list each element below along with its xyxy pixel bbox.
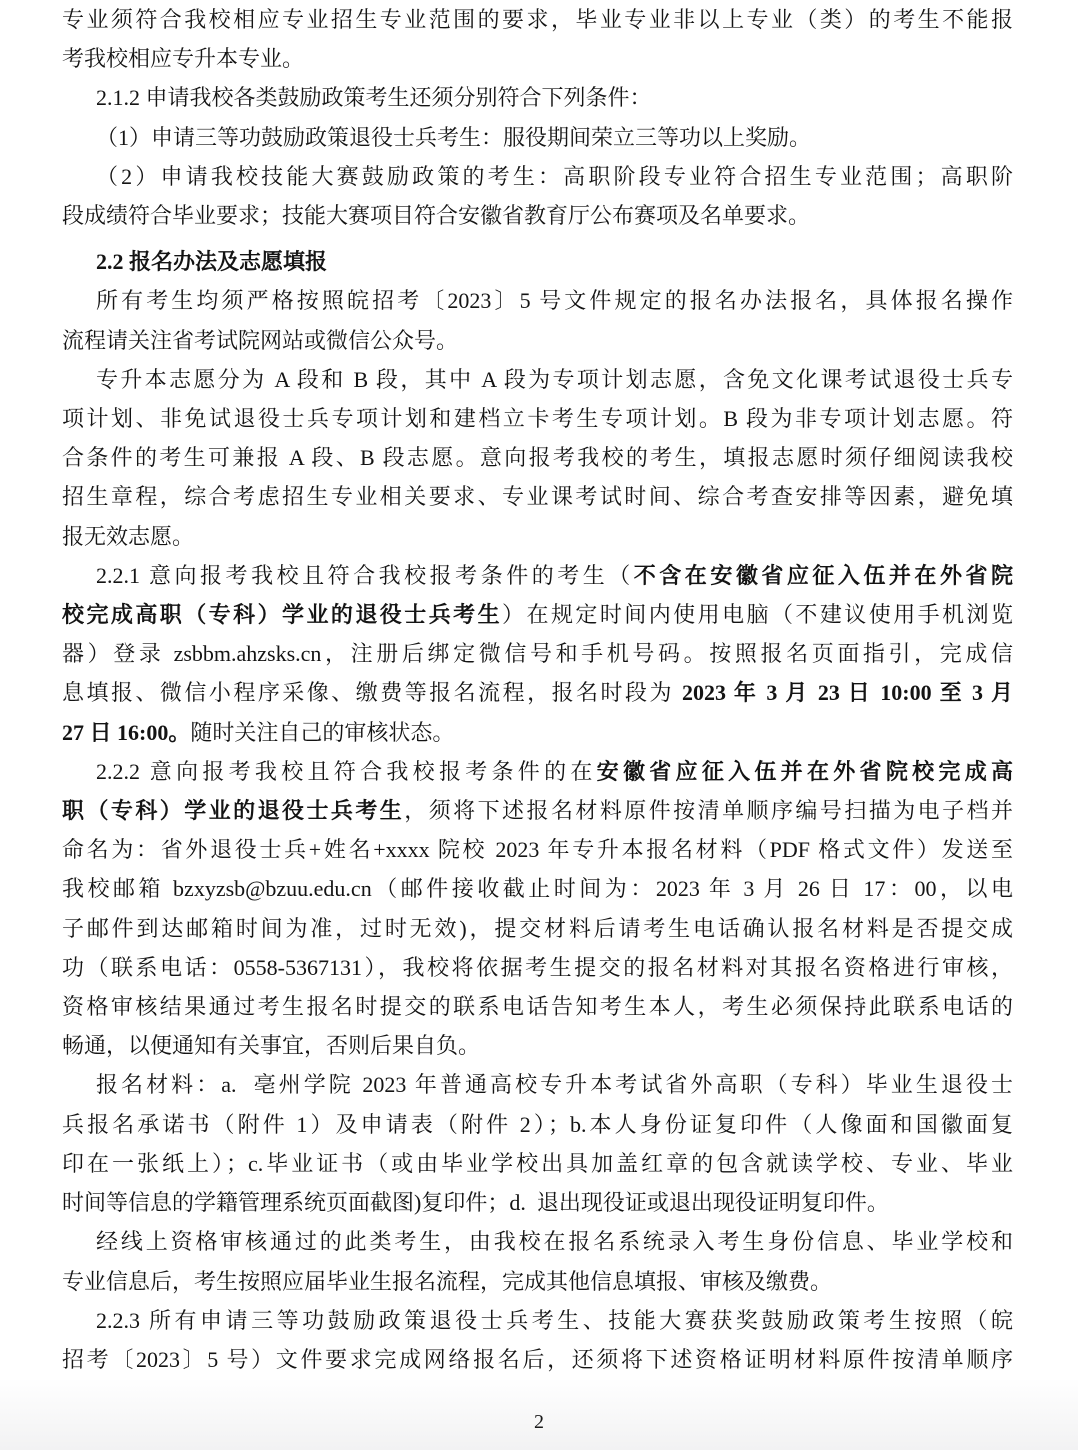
text-line: （1）申请三等功鼓励政策退役士兵考生：服役期间荣立三等功以上奖励。 xyxy=(62,118,1013,157)
text-line: 畅通，以便通知有关事宜，否则后果自负。 xyxy=(62,1026,1013,1065)
text-run: 命名为：省外退役士兵+姓名+xxxx 院校 2023 年专升本报名材料（PDF … xyxy=(62,837,1013,862)
text-line: 时间等信息的学籍管理系统页面截图)复印件；d. 退出现役证或退出现役证明复印件。 xyxy=(62,1183,1013,1222)
text-line: 考我校相应专升本专业。 xyxy=(62,39,1013,78)
text-run: 段成绩符合毕业要求；技能大赛项目符合安徽省教育厅公布赛项及名单要求。 xyxy=(62,203,810,228)
text-run: 兵报名承诺书（附件 1）及申请表（附件 2）；b.本人身份证复印件（人像面和国徽… xyxy=(62,1112,1013,1137)
section-heading: 2.2 报名办法及志愿填报 xyxy=(62,242,1013,281)
text-run: 专升本志愿分为 A 段和 B 段，其中 A 段为专项计划志愿，含免文化课考试退役… xyxy=(96,367,1013,392)
document-body: 专业须符合我校相应专业招生专业范围的要求，毕业专业非以上专业（类）的考生不能报考… xyxy=(62,0,1013,1379)
text-line: 2.1.2 申请我校各类鼓励政策考生还须分别符合下列条件： xyxy=(62,78,1013,117)
text-line: 命名为：省外退役士兵+姓名+xxxx 院校 2023 年专升本报名材料（PDF … xyxy=(62,830,1013,869)
text-run: 项计划、非免试退役士兵专项计划和建档立卡考生专项计划。B 段为非专项计划志愿。符 xyxy=(62,406,1013,431)
text-line: 2.2.1 意向报考我校且符合我校报考条件的考生（不含在安徽省应征入伍并在外省院 xyxy=(62,556,1013,595)
text-run: （2）申请我校技能大赛鼓励政策的考生：高职阶段专业符合招生专业范围；高职阶 xyxy=(96,164,1013,189)
document-page: 专业须符合我校相应专业招生专业范围的要求，毕业专业非以上专业（类）的考生不能报考… xyxy=(0,0,1078,1450)
bold-text-run: 2.2 报名办法及志愿填报 xyxy=(96,249,327,274)
bold-text-run: 校完成高职（专科）学业的退役士兵考生 xyxy=(62,602,502,627)
text-line: 项计划、非免试退役士兵专项计划和建档立卡考生专项计划。B 段为非专项计划志愿。符 xyxy=(62,399,1013,438)
text-run: 报无效志愿。 xyxy=(62,524,194,549)
text-run: 我校邮箱 bzxyzsb@bzuu.edu.cn（邮件接收截止时间为：2023 … xyxy=(62,876,1013,901)
bold-text-run: 职（专科）学业的退役士兵考生 xyxy=(62,798,404,823)
text-line: 校完成高职（专科）学业的退役士兵考生）在规定时间内使用电脑（不建议使用手机浏览 xyxy=(62,595,1013,634)
text-run: 招考〔2023〕5 号）文件要求完成网络报名后，还须将下述资格证明材料原件按清单… xyxy=(62,1347,1013,1372)
text-run: 流程请关注省考试院网站或微信公众号。 xyxy=(62,328,458,353)
text-run: 器）登录 zsbbm.ahzsks.cn，注册后绑定微信号和手机号码。按照报名页… xyxy=(62,641,1013,666)
text-run: ）在规定时间内使用电脑（不建议使用手机浏览 xyxy=(502,602,1013,627)
text-run: 报名材料：a. 亳州学院 2023 年普通高校专升本考试省外高职（专科）毕业生退… xyxy=(96,1072,1013,1097)
text-line: 报名材料：a. 亳州学院 2023 年普通高校专升本考试省外高职（专科）毕业生退… xyxy=(62,1065,1013,1104)
text-line: 27 日 16:00。随时关注自己的审核状态。 xyxy=(62,713,1013,752)
text-line: 专升本志愿分为 A 段和 B 段，其中 A 段为专项计划志愿，含免文化课考试退役… xyxy=(62,360,1013,399)
bold-text-run: 27 日 16:00。 xyxy=(62,720,190,745)
text-line: 报无效志愿。 xyxy=(62,517,1013,556)
text-run: 畅通，以便通知有关事宜，否则后果自负。 xyxy=(62,1033,480,1058)
text-run: 2.2.3 所有申请三等功鼓励政策退役士兵考生、技能大赛获奖鼓励政策考生按照（皖 xyxy=(96,1308,1013,1333)
text-line: 专业信息后，考生按照应届毕业生报名流程，完成其他信息填报、审核及缴费。 xyxy=(62,1262,1013,1301)
text-line: 流程请关注省考试院网站或微信公众号。 xyxy=(62,321,1013,360)
text-run: 息填报、微信小程序采像、缴费等报名流程，报名时段为 xyxy=(62,680,682,705)
text-line: 2.2.2 意向报考我校且符合我校报考条件的在安徽省应征入伍并在外省院校完成高 xyxy=(62,752,1013,791)
text-run: 2.2.2 意向报考我校且符合我校报考条件的在 xyxy=(96,759,597,784)
text-run: 2.2.1 意向报考我校且符合我校报考条件的考生（ xyxy=(96,563,634,588)
bold-text-run: 安徽省应征入伍并在外省院校完成高 xyxy=(597,759,1013,784)
text-run: 所有考生均须严格按照皖招考〔2023〕5 号文件规定的报名办法报名，具体报名操作 xyxy=(96,288,1013,313)
page-footer: 2 xyxy=(0,1410,1078,1434)
text-run: 专业信息后，考生按照应届毕业生报名流程，完成其他信息填报、审核及缴费。 xyxy=(62,1269,832,1294)
text-run: 子邮件到达邮箱时间为准，过时无效)，提交材料后请考生电话确认报名材料是否提交成 xyxy=(62,916,1013,941)
text-line: 合条件的考生可兼报 A 段、B 段志愿。意向报考我校的考生，填报志愿时须仔细阅读… xyxy=(62,438,1013,477)
text-run: 随时关注自己的审核状态。 xyxy=(190,720,454,745)
bold-text-run: 2023 年 3 月 23 日 10:00 至 3 月 xyxy=(682,680,1013,705)
text-line: 兵报名承诺书（附件 1）及申请表（附件 2）；b.本人身份证复印件（人像面和国徽… xyxy=(62,1105,1013,1144)
text-line: 职（专科）学业的退役士兵考生，须将下述报名材料原件按清单顺序编号扫描为电子档并 xyxy=(62,791,1013,830)
text-run: 专业须符合我校相应专业招生专业范围的要求，毕业专业非以上专业（类）的考生不能报 xyxy=(62,7,1013,32)
text-line: 招生章程，综合考虑招生专业相关要求、专业课考试时间、综合考查安排等因素，避免填 xyxy=(62,477,1013,516)
text-line: 专业须符合我校相应专业招生专业范围的要求，毕业专业非以上专业（类）的考生不能报 xyxy=(62,0,1013,39)
text-run: 2.1.2 申请我校各类鼓励政策考生还须分别符合下列条件： xyxy=(96,85,652,110)
text-line: 息填报、微信小程序采像、缴费等报名流程，报名时段为 2023 年 3 月 23 … xyxy=(62,673,1013,712)
text-line: 器）登录 zsbbm.ahzsks.cn，注册后绑定微信号和手机号码。按照报名页… xyxy=(62,634,1013,673)
text-line: 子邮件到达邮箱时间为准，过时无效)，提交材料后请考生电话确认报名材料是否提交成 xyxy=(62,909,1013,948)
text-line: 段成绩符合毕业要求；技能大赛项目符合安徽省教育厅公布赛项及名单要求。 xyxy=(62,196,1013,235)
text-line: 2.2.3 所有申请三等功鼓励政策退役士兵考生、技能大赛获奖鼓励政策考生按照（皖 xyxy=(62,1301,1013,1340)
text-run: 功（联系电话：0558-5367131），我校将依据考生提交的报名材料对其报名资… xyxy=(62,955,1013,980)
bold-text-run: 不含在安徽省应征入伍并在外省院 xyxy=(634,563,1013,588)
text-run: （1）申请三等功鼓励政策退役士兵考生：服役期间荣立三等功以上奖励。 xyxy=(96,125,811,150)
text-line: 招考〔2023〕5 号）文件要求完成网络报名后，还须将下述资格证明材料原件按清单… xyxy=(62,1340,1013,1379)
text-run: 时间等信息的学籍管理系统页面截图)复印件；d. 退出现役证或退出现役证明复印件。 xyxy=(62,1190,889,1215)
page-number: 2 xyxy=(534,1411,544,1433)
text-run: 合条件的考生可兼报 A 段、B 段志愿。意向报考我校的考生，填报志愿时须仔细阅读… xyxy=(62,445,1013,470)
text-line: 经线上资格审核通过的此类考生，由我校在报名系统录入考生身份信息、毕业学校和 xyxy=(62,1222,1013,1261)
text-line: 我校邮箱 bzxyzsb@bzuu.edu.cn（邮件接收截止时间为：2023 … xyxy=(62,869,1013,908)
text-run: 招生章程，综合考虑招生专业相关要求、专业课考试时间、综合考查安排等因素，避免填 xyxy=(62,484,1013,509)
text-line: （2）申请我校技能大赛鼓励政策的考生：高职阶段专业符合招生专业范围；高职阶 xyxy=(62,157,1013,196)
text-run: 考我校相应专升本专业。 xyxy=(62,46,304,71)
text-run: 资格审核结果通过考生报名时提交的联系电话告知考生本人，考生必须保持此联系电话的 xyxy=(62,994,1013,1019)
text-line: 印在一张纸上）；c.毕业证书（或由毕业学校出具加盖红章的包含就读学校、专业、毕业 xyxy=(62,1144,1013,1183)
text-run: 印在一张纸上）；c.毕业证书（或由毕业学校出具加盖红章的包含就读学校、专业、毕业 xyxy=(62,1151,1013,1176)
text-line: 资格审核结果通过考生报名时提交的联系电话告知考生本人，考生必须保持此联系电话的 xyxy=(62,987,1013,1026)
text-line: 所有考生均须严格按照皖招考〔2023〕5 号文件规定的报名办法报名，具体报名操作 xyxy=(62,281,1013,320)
text-line: 功（联系电话：0558-5367131），我校将依据考生提交的报名材料对其报名资… xyxy=(62,948,1013,987)
text-run: 经线上资格审核通过的此类考生，由我校在报名系统录入考生身份信息、毕业学校和 xyxy=(96,1229,1013,1254)
text-run: ，须将下述报名材料原件按清单顺序编号扫描为电子档并 xyxy=(404,798,1013,823)
